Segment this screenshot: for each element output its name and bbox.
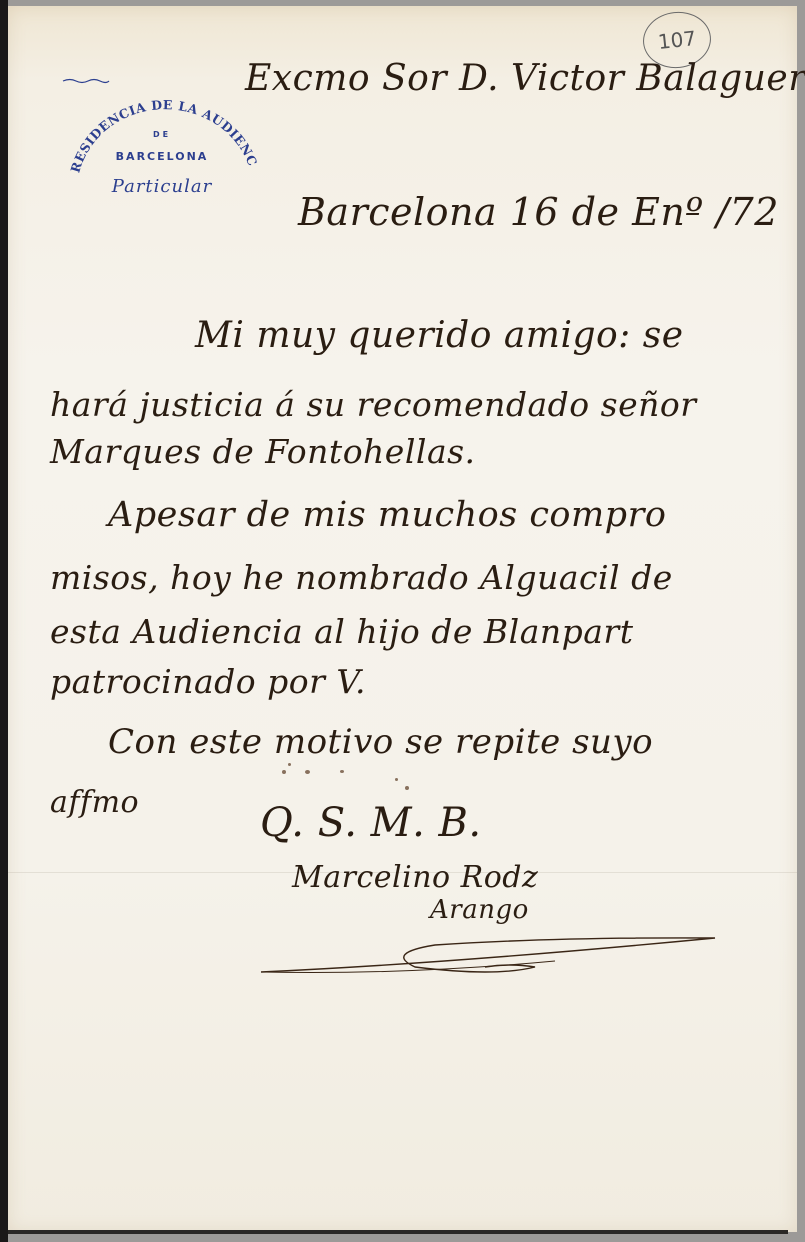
body-line-7: patrocinado por V. — [50, 662, 366, 701]
signature-surname: Arango — [430, 895, 529, 925]
ink-blot — [305, 770, 310, 774]
signature-name: Marcelino Rodz — [292, 860, 538, 895]
stamp-flourish-icon — [62, 78, 110, 84]
ink-blot — [340, 770, 344, 773]
stamp-de: DE — [62, 130, 262, 139]
body-line-5: misos, hoy he nombrado Alguacil de — [50, 558, 673, 597]
body-line-8: Con este motivo se repite suyo — [108, 722, 653, 762]
salutation-header: Excmo Sor D. Victor Balaguer — [245, 58, 805, 99]
date-line: Barcelona 16 de Enº /72 — [298, 190, 779, 234]
scan-left-edge — [0, 0, 8, 1242]
paper-bottom-edge — [8, 1230, 788, 1234]
body-line-1: Mi muy querido amigo: se — [195, 315, 684, 356]
closing-initials: Q. S. M. B. — [260, 800, 482, 846]
ink-blot — [405, 786, 409, 790]
closing-affmo: affmo — [50, 785, 139, 820]
body-line-4: Apesar de mis muchos compro — [108, 495, 666, 535]
ink-blot — [288, 763, 291, 766]
ink-blot — [395, 778, 398, 781]
archive-number-text: 107 — [657, 26, 697, 54]
body-line-3: Marques de Fontohellas. — [50, 432, 476, 471]
signature-rubric-icon — [255, 925, 725, 985]
stamp-city: BARCELONA — [62, 150, 262, 163]
institution-stamp: PRESIDENCIA DE LA AUDIENCIA DE BARCELONA… — [62, 78, 262, 208]
ink-blot — [282, 770, 286, 774]
body-line-6: esta Audiencia al hijo de Blanpart — [50, 612, 633, 651]
body-line-2: hará justicia á su recomendado señor — [50, 385, 697, 424]
stamp-subtitle: Particular — [62, 176, 262, 197]
